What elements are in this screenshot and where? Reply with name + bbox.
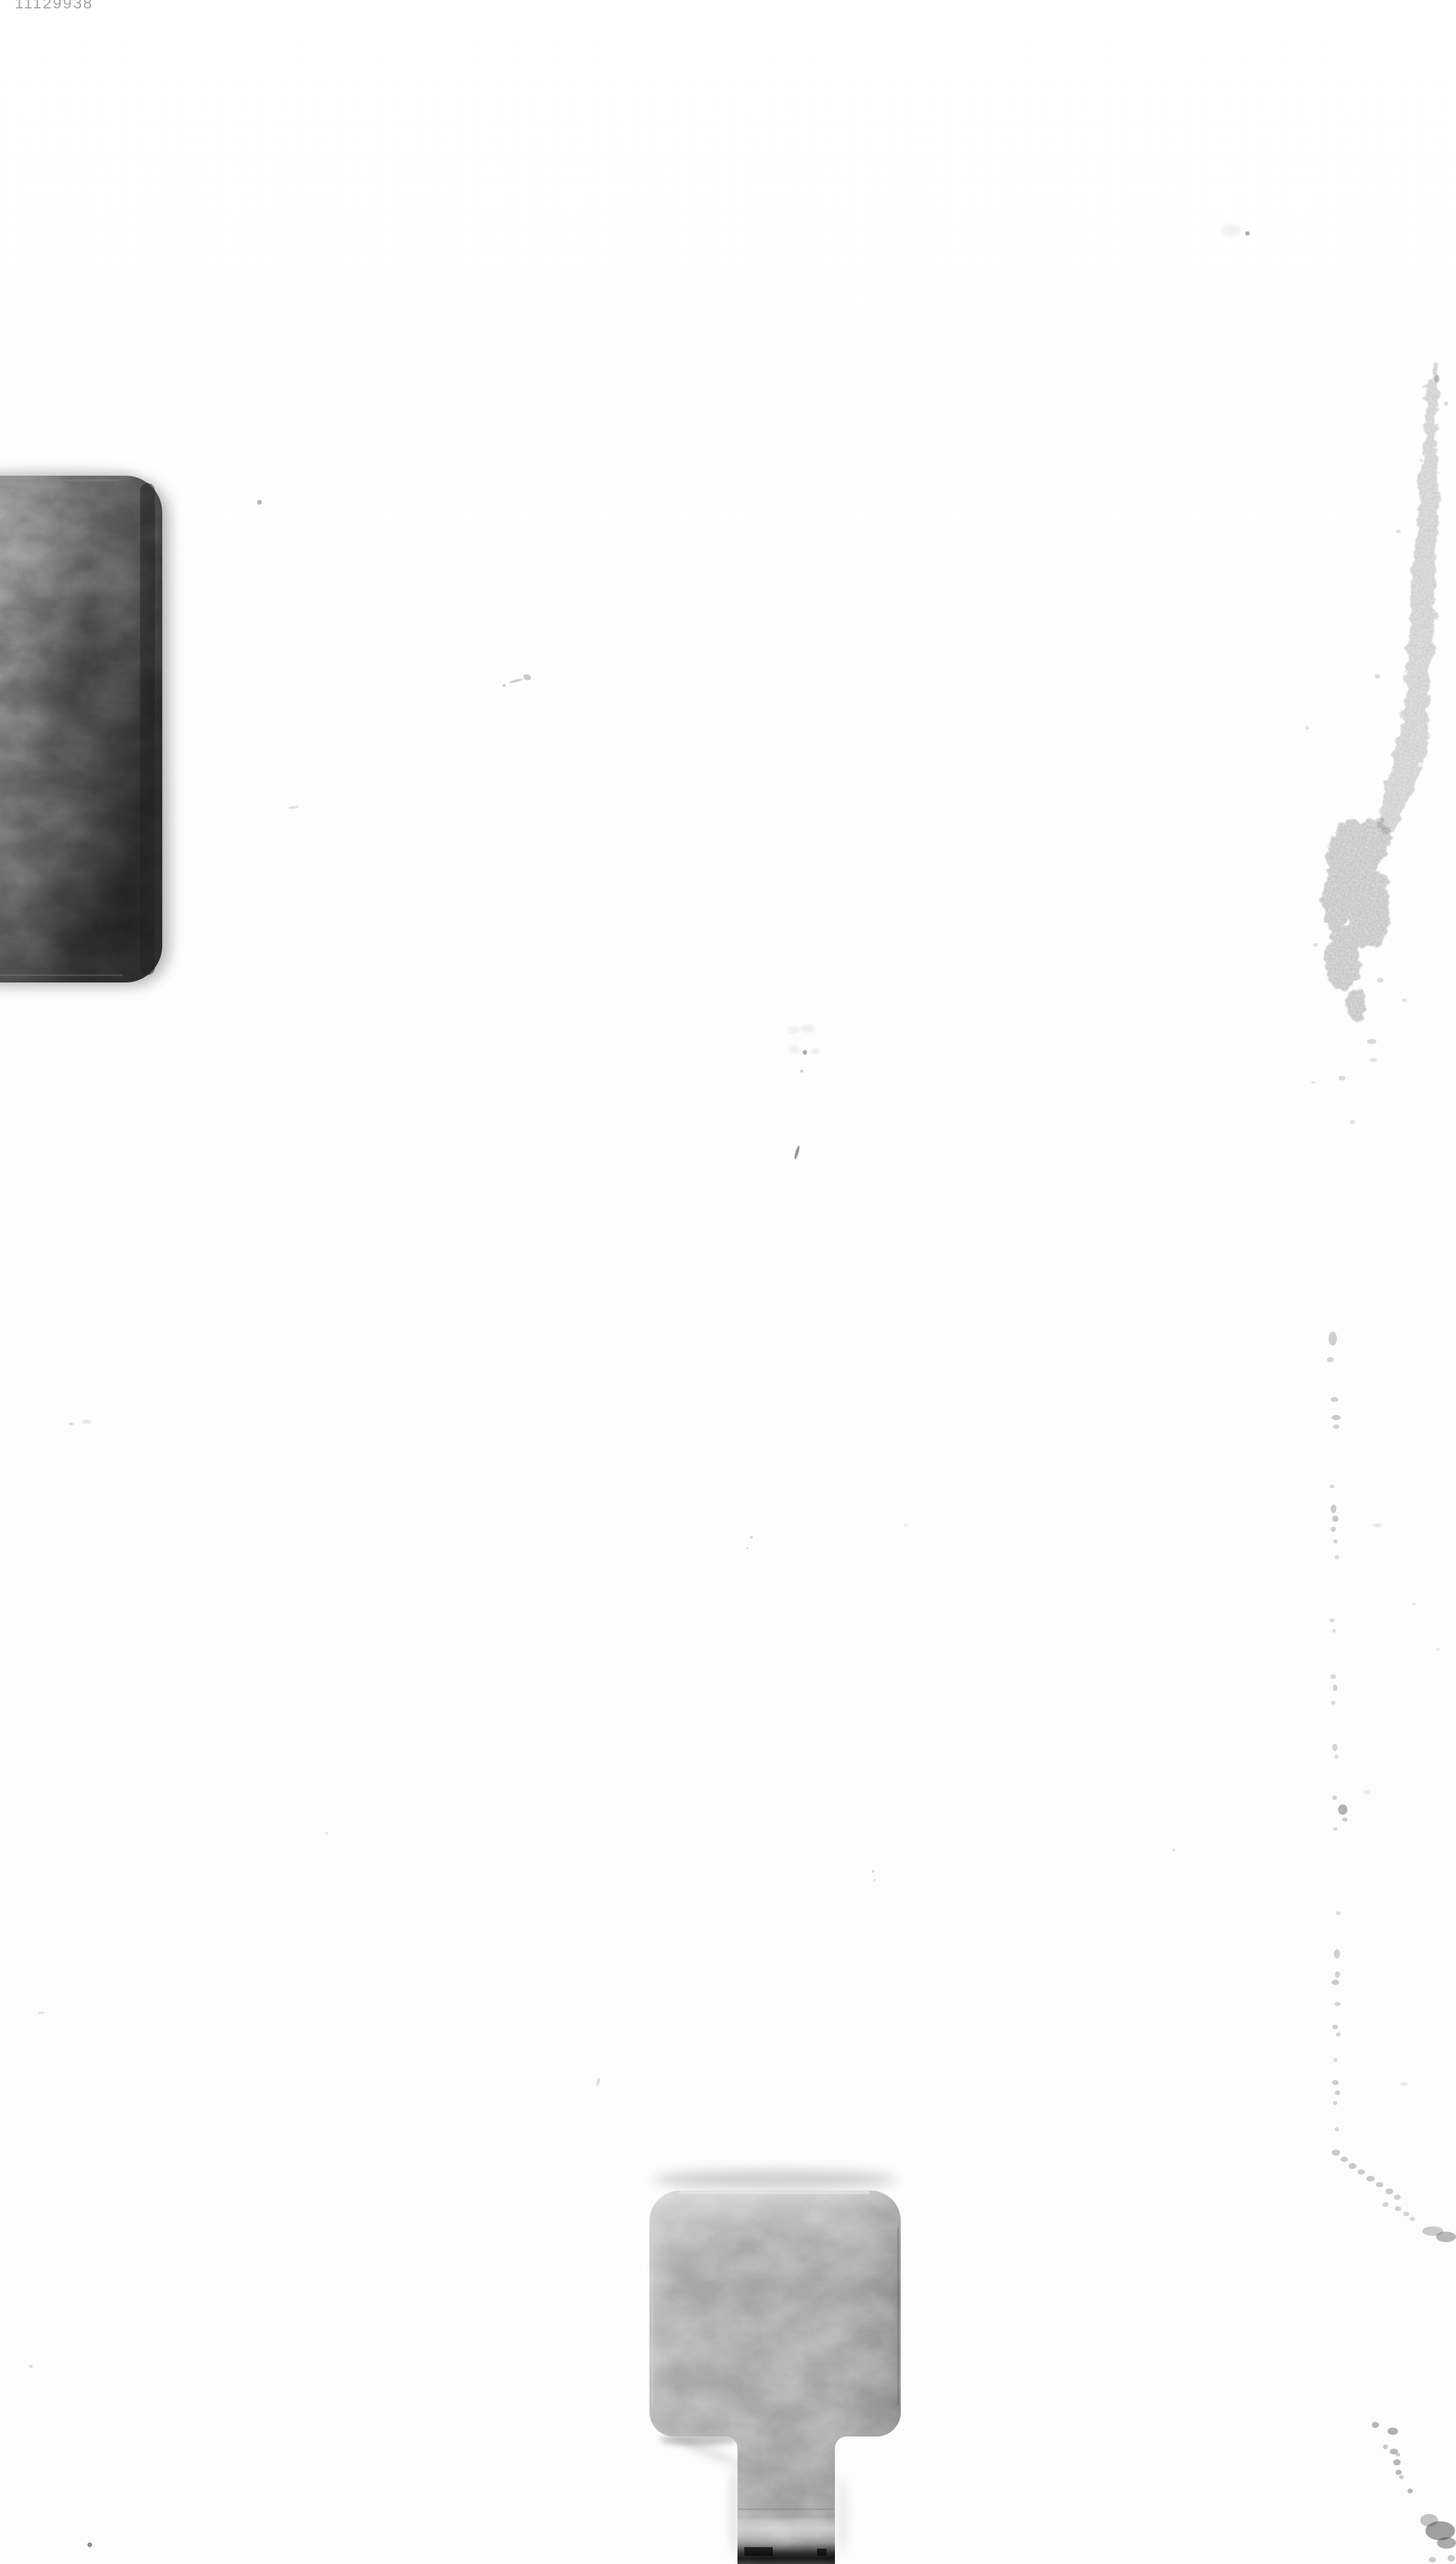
scan-speck	[503, 684, 506, 687]
scan-speck	[793, 1145, 800, 1160]
scan-speck	[1339, 1076, 1345, 1080]
scan-speck	[1334, 2127, 1339, 2131]
scan-speck	[1330, 1485, 1334, 1488]
scan-speck	[800, 1069, 803, 1073]
scan-speck	[1332, 2080, 1339, 2085]
scan-speck	[1403, 2212, 1409, 2216]
scan-speck	[1400, 2082, 1408, 2086]
scan-speck	[1331, 1505, 1336, 1513]
scan-speck	[1366, 2176, 1375, 2182]
scan-speck	[1367, 1039, 1376, 1044]
scan-speck	[746, 1547, 749, 1549]
scan-speck	[1395, 2470, 1402, 2475]
scan-speck	[1332, 1980, 1339, 1985]
scan-speck	[1372, 1524, 1382, 1527]
scan-speck	[288, 805, 299, 810]
scan-speck	[1334, 1754, 1339, 1759]
smudge-clump-shape	[1322, 818, 1392, 1021]
scan-speck	[1341, 2157, 1348, 2162]
scan-speck	[1305, 726, 1310, 730]
scan-speck	[1396, 529, 1401, 533]
scan-speck	[1376, 2182, 1383, 2187]
scan-speck	[83, 1420, 92, 1424]
scan-speck	[1408, 2489, 1413, 2493]
metal-clip-texture	[630, 2159, 925, 2564]
scan-speck	[1331, 1674, 1336, 1679]
scan-speck	[1333, 1685, 1337, 1691]
scan-speck	[1333, 1539, 1338, 1544]
scan-speck	[803, 1050, 807, 1055]
scan-speck	[1335, 2090, 1340, 2095]
scan-speck	[29, 2365, 33, 2368]
scan-speck	[1342, 1818, 1347, 1822]
scan-speck	[1334, 1949, 1340, 1959]
scan-speck	[1332, 1516, 1339, 1522]
scan-speck	[1377, 978, 1383, 983]
dark-pad-photo	[0, 476, 162, 983]
scan-speck	[1333, 1827, 1337, 1831]
scan-speck	[1333, 1425, 1340, 1429]
scan-speck	[1331, 1527, 1336, 1532]
scan-speck	[1332, 1795, 1337, 1800]
scan-speck	[1394, 2195, 1401, 2200]
scanned-page: 11129938	[0, 0, 1456, 2564]
scan-speck	[1370, 1058, 1377, 1062]
scan-speck	[1364, 1790, 1370, 1794]
scan-speck	[68, 1422, 74, 1426]
scan-speck	[1372, 2422, 1379, 2428]
scan-speck	[1330, 1618, 1334, 1622]
scan-speck	[1399, 2475, 1404, 2479]
scan-speck	[1396, 2453, 1400, 2457]
scan-speck	[1429, 2557, 1436, 2562]
scan-speck	[1338, 1804, 1347, 1815]
page-id-number: 11129938	[15, 0, 93, 12]
scan-speck	[1393, 2459, 1401, 2465]
scan-speck	[1332, 1629, 1336, 1633]
scan-speck	[1437, 2537, 1456, 2549]
scan-speck	[811, 1048, 820, 1055]
smudge-streak-shape	[1380, 362, 1439, 834]
scan-speck	[1410, 2217, 1415, 2221]
scan-speck	[1349, 2163, 1356, 2169]
scan-speck	[1412, 1603, 1416, 1606]
scan-speck	[1350, 1120, 1355, 1124]
scan-speck	[1388, 2428, 1398, 2435]
scan-speck	[1327, 1357, 1334, 1362]
scan-speck	[509, 678, 523, 684]
scan-speck	[1313, 943, 1318, 947]
scan-speck	[1245, 231, 1250, 235]
scan-speck	[1332, 2149, 1340, 2156]
scan-speck	[257, 500, 262, 505]
scan-speck	[1448, 2555, 1455, 2561]
scan-speck	[1336, 2032, 1341, 2037]
scan-speck	[1375, 674, 1380, 679]
scan-speck	[872, 1870, 874, 1873]
scan-speck	[1329, 1332, 1337, 1345]
scan-speck	[1333, 2101, 1337, 2105]
scan-speck	[1383, 2444, 1388, 2449]
scan-speck	[1335, 1971, 1340, 1978]
scan-speck	[1434, 375, 1440, 382]
scan-speck	[873, 1879, 875, 1881]
scan-speck	[787, 1026, 800, 1034]
scan-speck	[1311, 1081, 1315, 1084]
scan-speck	[1221, 224, 1241, 237]
scan-speck	[1402, 998, 1407, 1002]
scan-speck	[1331, 1701, 1335, 1705]
smudge-texture	[1301, 337, 1456, 1038]
scan-speck	[1444, 401, 1448, 406]
scan-speck	[801, 1024, 814, 1033]
scan-speck	[1436, 2232, 1456, 2242]
scan-speck	[1333, 2058, 1337, 2062]
scan-speck	[1334, 2002, 1341, 2006]
scan-speck	[1357, 2169, 1365, 2175]
scan-speck	[1335, 1555, 1339, 1559]
scan-speck	[1331, 1397, 1339, 1402]
scan-speck	[596, 2078, 601, 2087]
scan-speck	[523, 673, 532, 681]
dark-pad-texture	[0, 476, 162, 983]
scan-speck	[1382, 2202, 1389, 2207]
scan-speck	[325, 1832, 328, 1835]
scan-speck	[1332, 1744, 1337, 1751]
scan-speck	[1332, 2025, 1338, 2029]
right-edge-smudge	[1301, 337, 1456, 1038]
scan-speck	[1436, 1648, 1440, 1651]
scan-speck	[38, 2011, 45, 2014]
scan-speck	[789, 1046, 800, 1053]
scan-speck	[1336, 1911, 1341, 1915]
scan-speck	[87, 2542, 92, 2547]
scan-speck	[1385, 2188, 1393, 2194]
scan-speck	[1172, 1849, 1175, 1852]
scan-speck	[1395, 2206, 1401, 2211]
scan-speck	[903, 1524, 908, 1527]
metal-clip-photo	[630, 2159, 925, 2564]
scan-speck	[1332, 1415, 1341, 1420]
scan-speck	[750, 1536, 753, 1539]
